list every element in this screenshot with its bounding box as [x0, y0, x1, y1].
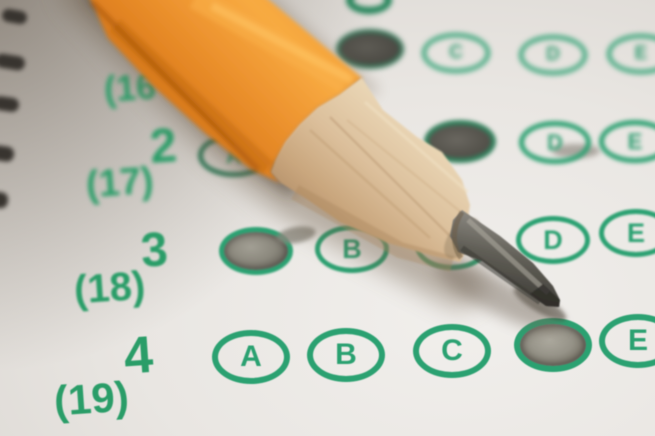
- answer-sheet-photo: (16 2 (17) 3 (18) 4 (19) C D E A D E B C…: [0, 0, 655, 436]
- pencil: [0, 0, 655, 436]
